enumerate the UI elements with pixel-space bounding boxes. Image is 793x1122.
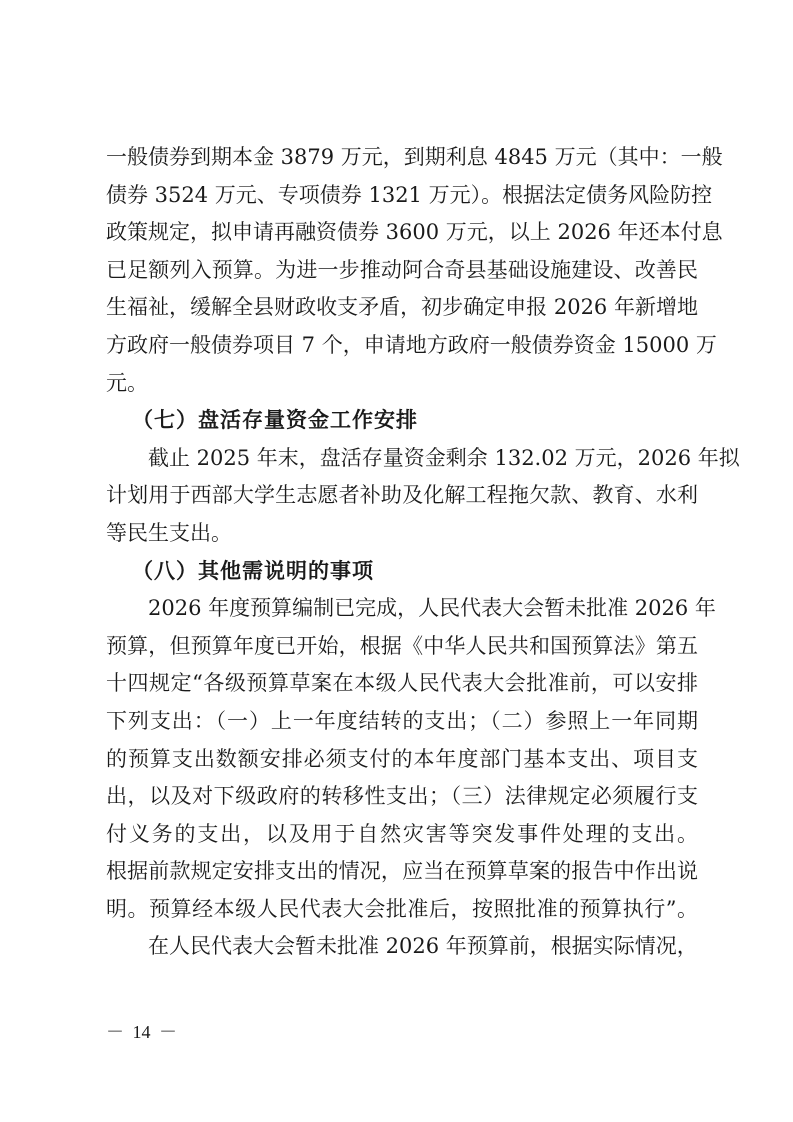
- text-line: 元。: [106, 365, 698, 403]
- text-line: 的预算支出数额安排必须支付的本年度部门基本支出、项目支: [106, 741, 698, 779]
- paragraph-debt-budget: 一般债券到期本金 3879 万元，到期利息 4845 万元（其中：一般 债券 3…: [106, 139, 698, 402]
- text-line: 等民生支出。: [106, 515, 698, 553]
- text-line: 出，以及对下级政府的转移性支出；（三）法律规定必须履行支: [106, 778, 698, 816]
- text-line: 生福祉，缓解全县财政收支矛盾，初步确定申报 2026 年新增地: [106, 289, 698, 327]
- section-heading-eight: （八）其他需说明的事项: [106, 553, 698, 591]
- text-line: 明。预算经本级人民代表大会批准后，按照批准的预算执行”。: [106, 891, 698, 929]
- text-line: 方政府一般债券项目 7 个，申请地方政府一般债券资金 15000 万: [106, 327, 698, 365]
- text-line: 在人民代表大会暂未批准 2026 年预算前，根据实际情况，: [106, 928, 698, 966]
- text-line: 债券 3524 万元、专项债券 1321 万元）。根据法定债务风险防控: [106, 177, 698, 215]
- paragraph-before-approval: 在人民代表大会暂未批准 2026 年预算前，根据实际情况，: [106, 928, 698, 966]
- paragraph-other-matters: 2026 年度预算编制已完成，人民代表大会暂未批准 2026 年 预算，但预算年…: [106, 590, 698, 928]
- text-line: 已足额列入预算。为进一步推动阿合奇县基础设施建设、改善民: [106, 252, 698, 290]
- text-line: 付义务的支出，以及用于自然灾害等突发事件处理的支出。: [106, 816, 698, 854]
- text-line: 截止 2025 年末，盘活存量资金剩余 132.02 万元，2026 年拟: [106, 440, 698, 478]
- text-line: 一般债券到期本金 3879 万元，到期利息 4845 万元（其中：一般: [106, 139, 698, 177]
- text-line: 十四规定“各级预算草案在本级人民代表大会批准前，可以安排: [106, 665, 698, 703]
- text-line: 计划用于西部大学生志愿者补助及化解工程拖欠款、教育、水利: [106, 477, 698, 515]
- document-page: 一般债券到期本金 3879 万元，到期利息 4845 万元（其中：一般 债券 3…: [106, 139, 698, 966]
- paragraph-idle-funds: 截止 2025 年末，盘活存量资金剩余 132.02 万元，2026 年拟 计划…: [106, 440, 698, 553]
- text-line: 2026 年度预算编制已完成，人民代表大会暂未批准 2026 年: [106, 590, 698, 628]
- text-line: 根据前款规定安排支出的情况，应当在预算草案的报告中作出说: [106, 853, 698, 891]
- text-line: 政策规定，拟申请再融资债券 3600 万元，以上 2026 年还本付息: [106, 214, 698, 252]
- text-line: 预算，但预算年度已开始，根据《中华人民共和国预算法》第五: [106, 628, 698, 666]
- section-heading-seven: （七）盘活存量资金工作安排: [106, 402, 698, 440]
- text-line: 下列支出：（一）上一年度结转的支出；（二）参照上一年同期: [106, 703, 698, 741]
- page-number: － 14 －: [106, 1018, 177, 1044]
